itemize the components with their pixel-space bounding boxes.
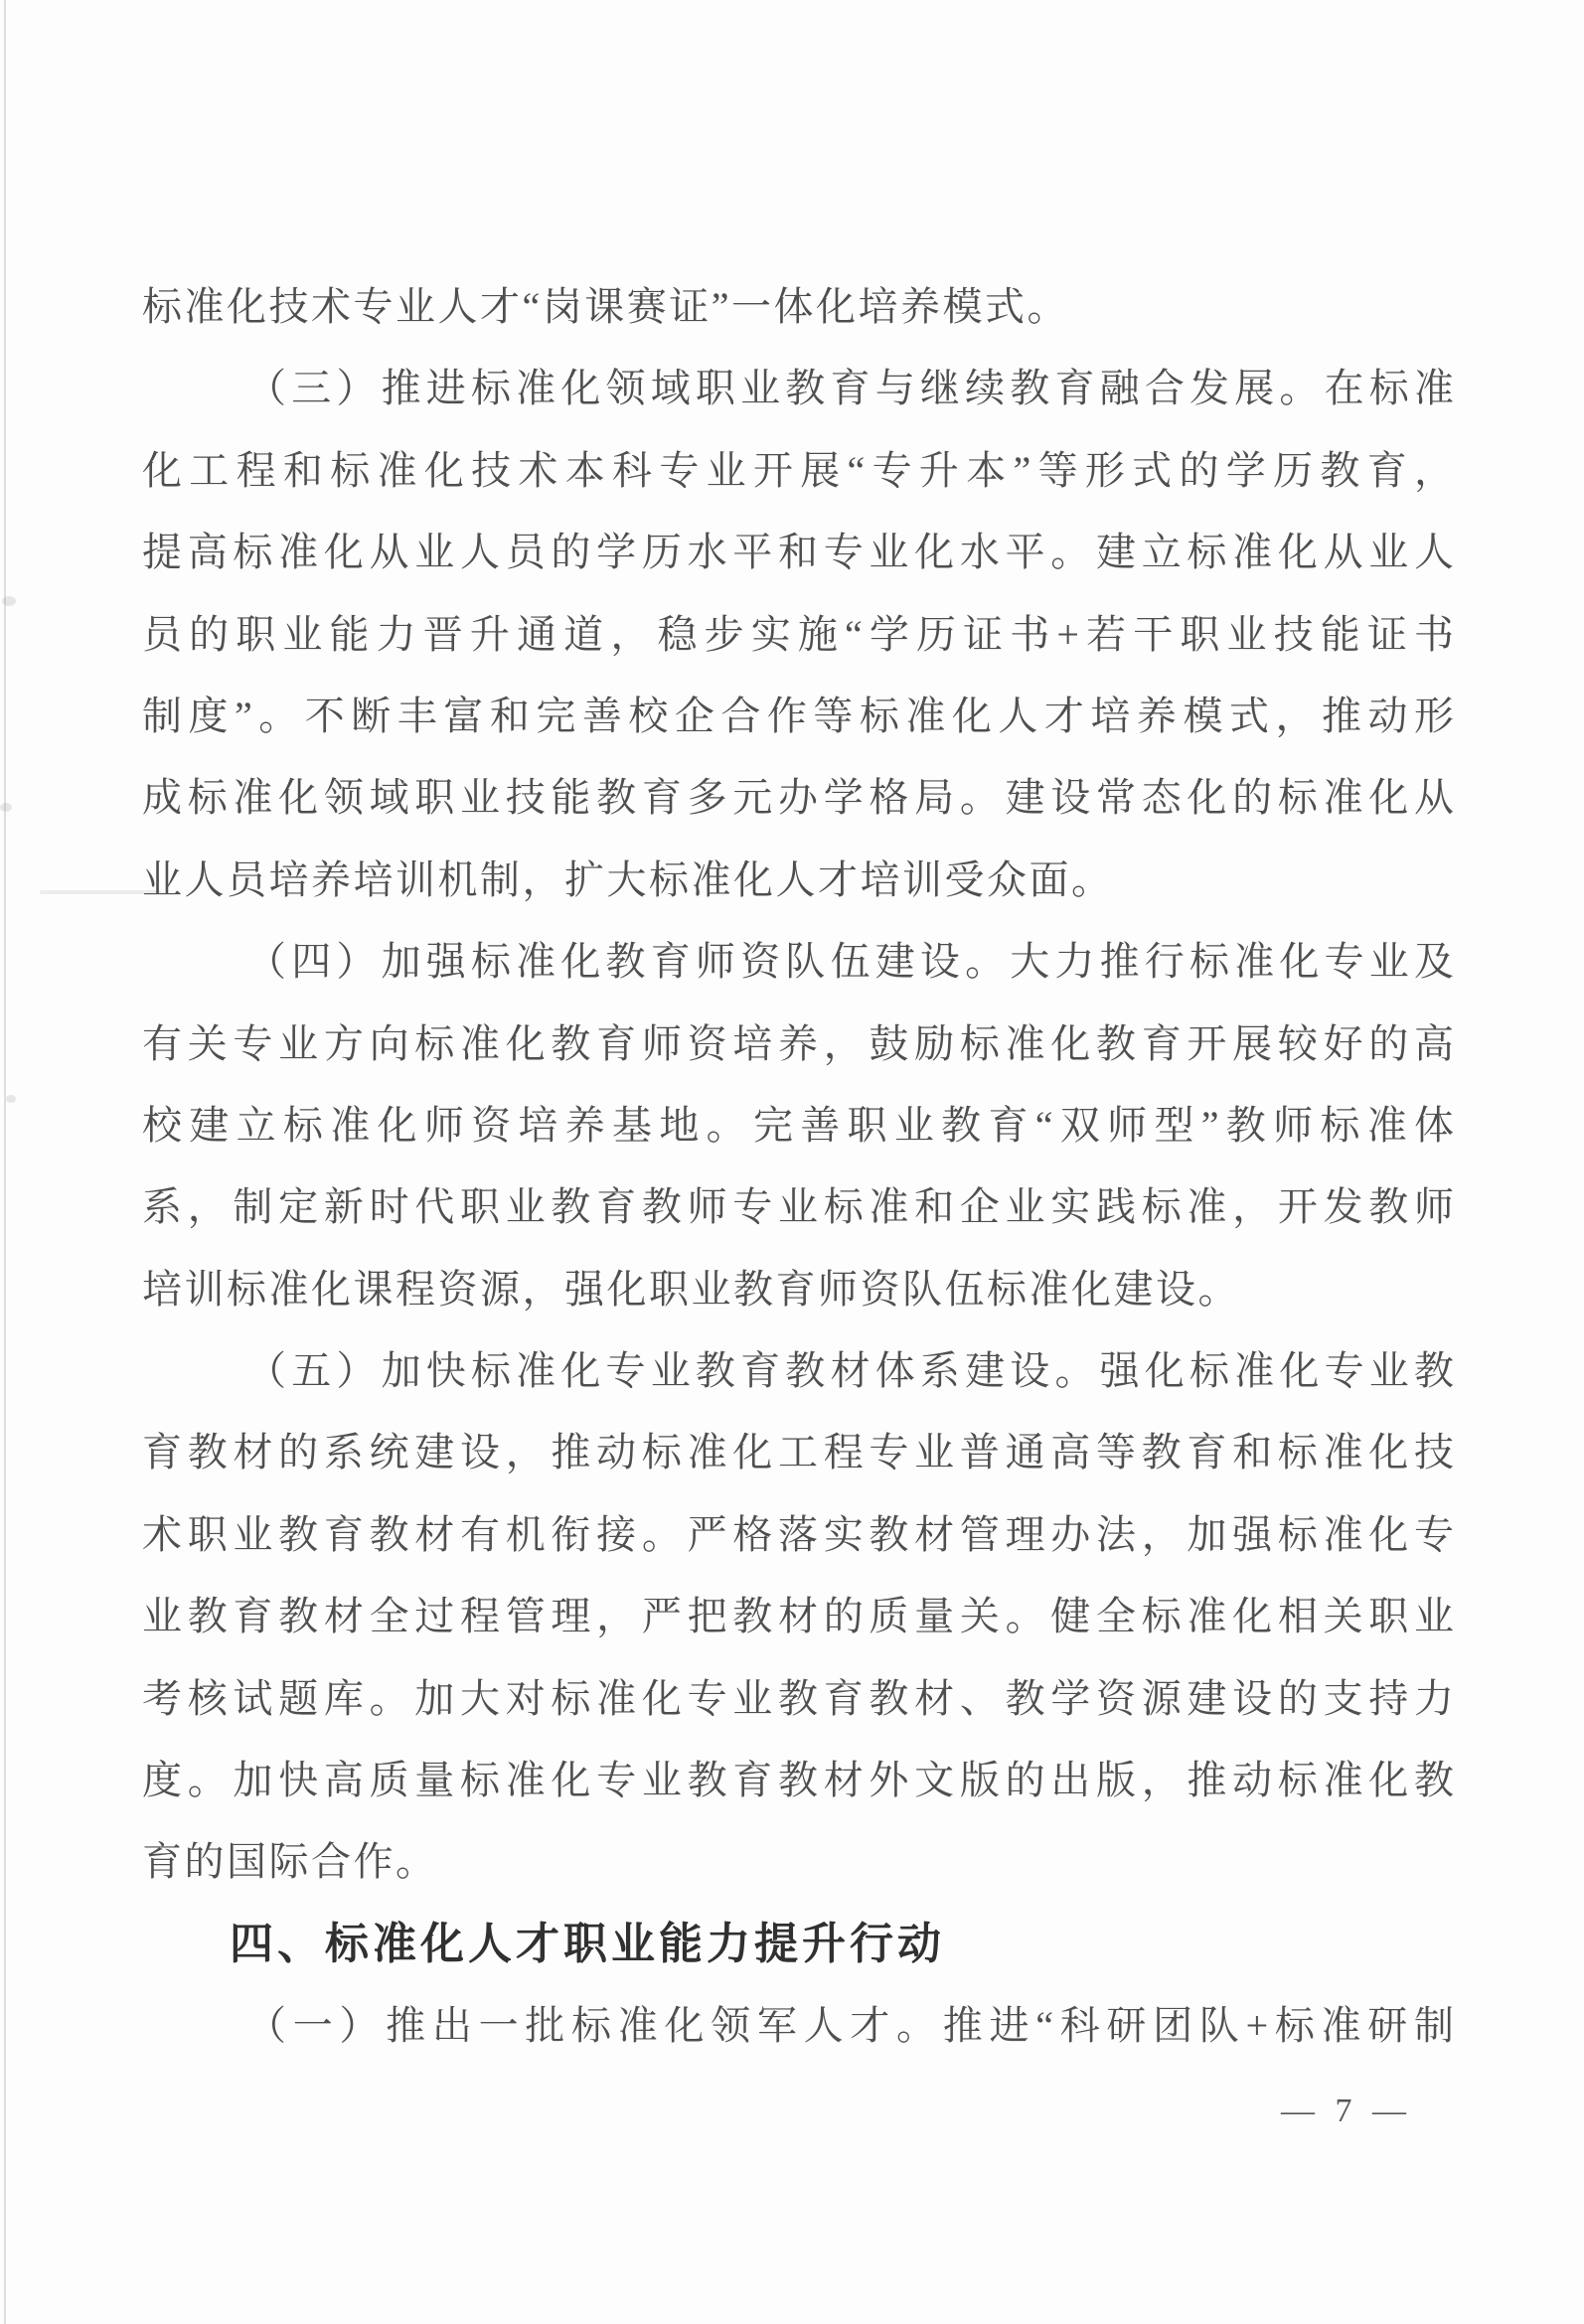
scan-smudge-artifact	[6, 1095, 16, 1103]
scan-smudge-artifact	[2, 596, 16, 606]
text-line: 员的职业能力晋升通道，稳步实施“学历证书+若干职业技能证书	[142, 594, 1456, 676]
document-page: 标准化技术专业人才“岗课赛证”一体化培养模式。（三）推进标准化领域职业教育与继续…	[0, 0, 1584, 2324]
text-line: 系，制定新时代职业教育教师专业标准和企业实践标准，开发教师	[142, 1166, 1456, 1248]
text-line: （三）推进标准化领域职业教育与继续教育融合发展。在标准	[142, 348, 1456, 429]
text-line: （一）推出一批标准化领军人才。推进“科研团队+标准研制	[142, 1985, 1456, 2067]
text-line: 育教材的系统建设，推动标准化工程专业普通高等教育和标准化技	[142, 1412, 1456, 1493]
text-line: 考核试题库。加大对标准化专业教育教材、教学资源建设的支持力	[142, 1658, 1456, 1740]
text-line: 业教育教材全过程管理，严把教材的质量关。健全标准化相关职业	[142, 1576, 1456, 1657]
text-line: 化工程和标准化技术本科专业开展“专升本”等形式的学历教育，	[142, 430, 1456, 512]
text-line: （五）加快标准化专业教育教材体系建设。强化标准化专业教	[142, 1330, 1456, 1412]
document-text: 标准化技术专业人才“岗课赛证”一体化培养模式。（三）推进标准化领域职业教育与继续…	[142, 266, 1456, 2068]
section-heading: 四、标准化人才职业能力提升行动	[142, 1904, 1456, 1985]
scan-edge-artifact	[4, 0, 6, 2324]
page-number: — 7 —	[1237, 2087, 1456, 2136]
text-line: 标准化技术专业人才“岗课赛证”一体化培养模式。	[142, 266, 1456, 348]
text-line: 有关专业方向标准化教育师资培养，鼓励标准化教育开展较好的高	[142, 1004, 1456, 1085]
text-line: 育的国际合作。	[142, 1821, 1456, 1903]
text-line: 术职业教育教材有机衔接。严格落实教材管理办法，加强标准化专	[142, 1494, 1456, 1576]
text-line: 制度”。不断丰富和完善校企合作等标准化人才培养模式，推动形	[142, 676, 1456, 757]
scan-smudge-artifact	[0, 803, 12, 812]
text-line: 校建立标准化师资培养基地。完善职业教育“双师型”教师标准体	[142, 1085, 1456, 1166]
text-line: 培训标准化课程资源，强化职业教育师资队伍标准化建设。	[142, 1249, 1456, 1330]
text-line: 度。加快高质量标准化专业教育教材外文版的出版，推动标准化教	[142, 1740, 1456, 1821]
text-line: 业人员培养培训机制，扩大标准化人才培训受众面。	[142, 840, 1456, 921]
text-line: （四）加强标准化教育师资队伍建设。大力推行标准化专业及	[142, 921, 1456, 1003]
text-line: 成标准化领域职业技能教育多元办学格局。建设常态化的标准化从	[142, 757, 1456, 839]
text-line: 提高标准化从业人员的学历水平和专业化水平。建立标准化从业人	[142, 512, 1456, 593]
